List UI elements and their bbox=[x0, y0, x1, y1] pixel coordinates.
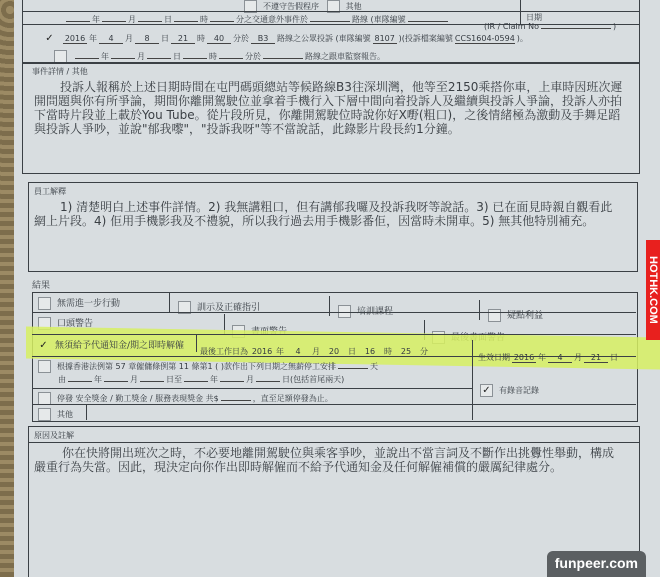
recorded-option[interactable]: ✓有錄音記錄 bbox=[480, 384, 539, 397]
divider bbox=[32, 312, 636, 313]
form-paper: 不遵守告假程序 其他 日期 年月日時分之交通意外事件於路線 (車隊編號 ✓201… bbox=[14, 0, 660, 577]
divider bbox=[22, 11, 640, 12]
divider bbox=[169, 292, 170, 312]
divider bbox=[32, 356, 636, 357]
effective-date: 生效日期2016年4月21日 bbox=[478, 352, 618, 363]
divider bbox=[32, 388, 472, 389]
divider bbox=[329, 296, 330, 316]
reason-text: 你在快將開出班次之時，不必要地離開駕駛位與乘客爭吵，並說出不當言詞及不斷作出挑釁… bbox=[34, 446, 624, 474]
check-icon: ✓ bbox=[38, 340, 49, 351]
other-option[interactable]: 其他 bbox=[38, 408, 73, 421]
check-icon[interactable]: ✓ bbox=[44, 33, 55, 44]
employee-title: 員工解釋 bbox=[34, 186, 66, 197]
checkbox bbox=[38, 297, 51, 310]
divider bbox=[520, 0, 521, 24]
divider bbox=[28, 442, 640, 443]
reason-title: 原因及註解 bbox=[34, 430, 74, 441]
result-option[interactable]: 疑點利益 bbox=[488, 308, 543, 322]
row2-line: ✓2016年4月8日21時40分於B3路線之公眾投訴 (車隊編號8107)(投訴… bbox=[44, 33, 528, 44]
divider bbox=[196, 334, 197, 352]
employee-text: 1) 清楚明白上述事件詳情。2) 我無講粗口，但有講郁我囉及投訴我呀等說話。3)… bbox=[34, 200, 624, 228]
incident-text: 投訴人報稱於上述日期時間在屯門碼頭總站等候路線B3往深圳灣，他等至2150乘搭你… bbox=[34, 80, 628, 136]
dismissal-option[interactable]: ✓無須給予代通知金/期之即時解僱 bbox=[38, 338, 184, 351]
suspension-dates: 由年月日至年月日(包括首尾兩天) bbox=[58, 374, 344, 385]
incident-title: 事件詳情 / 其他 bbox=[32, 66, 88, 77]
divider bbox=[32, 334, 636, 335]
side-watermark: HOTHK.COM bbox=[646, 240, 660, 340]
divider bbox=[472, 340, 473, 420]
claim-no: (IR / Claim No) bbox=[484, 22, 616, 31]
corner-watermark: funpeer.com bbox=[547, 551, 646, 577]
option-label: 其他 bbox=[346, 2, 362, 11]
check-icon: ✓ bbox=[480, 384, 493, 397]
result-option[interactable]: 無需進一步行動 bbox=[38, 296, 120, 310]
checkbox bbox=[38, 360, 51, 373]
divider bbox=[479, 300, 480, 320]
divider bbox=[32, 404, 636, 405]
checkbox bbox=[38, 408, 51, 421]
suspension-option[interactable]: 根據香港法例第 57 章僱傭條例第 11 條第1 ( )款作出下列日期之無薪停工… bbox=[38, 360, 378, 373]
checkbox bbox=[488, 309, 501, 322]
divider bbox=[86, 404, 87, 420]
result-title: 結果 bbox=[32, 278, 50, 291]
option-label: 不遵守告假程序 bbox=[263, 2, 319, 11]
result-option[interactable]: 培訓課程 bbox=[338, 304, 393, 318]
